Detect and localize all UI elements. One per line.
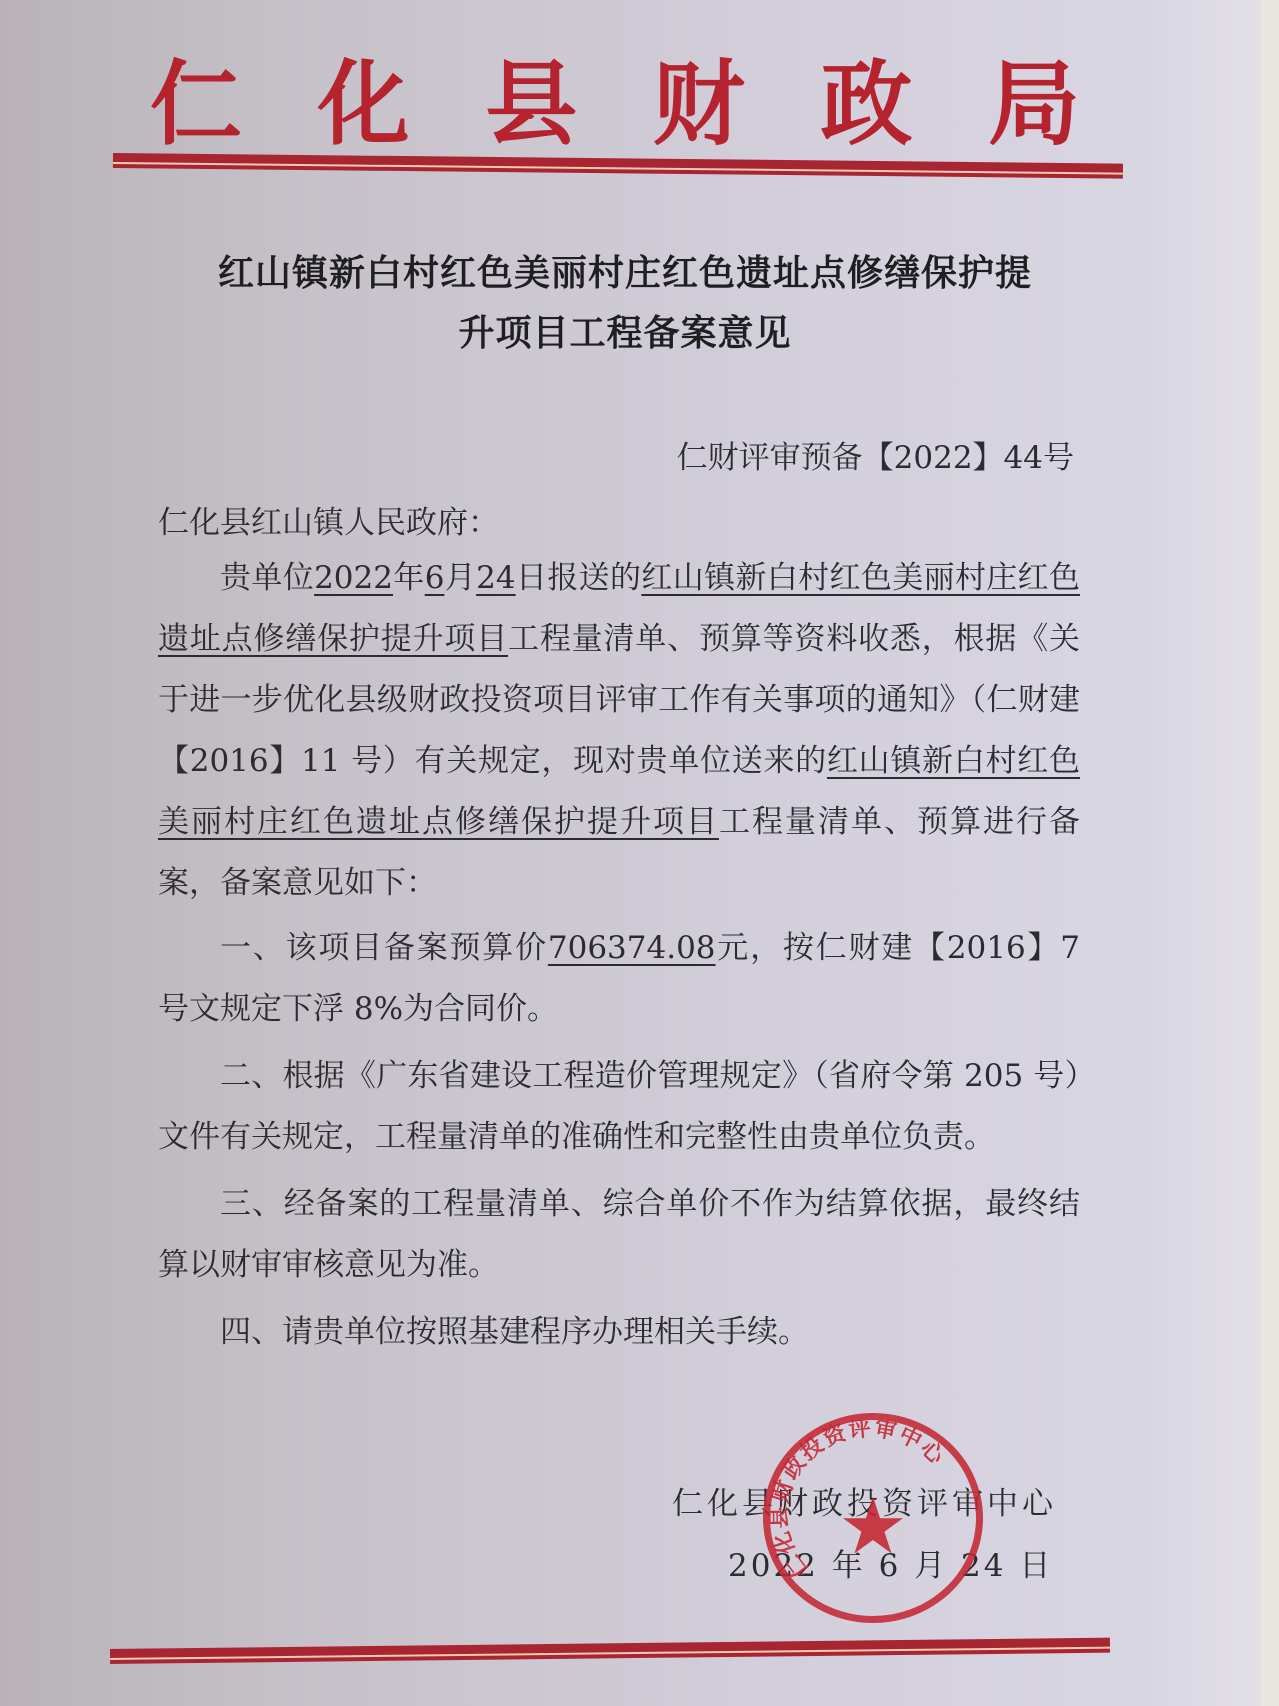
budget-amount: 706374.08 bbox=[548, 930, 716, 966]
document-title-line-1: 红山镇新白村红色美丽村庄红色遗址点修缮保护提 bbox=[150, 245, 1100, 296]
submit-year: 2022 bbox=[314, 560, 393, 596]
submit-day: 24 bbox=[476, 560, 515, 596]
opinion-text: 一、该项目备案预算价 bbox=[220, 930, 548, 966]
signature-org: 仁化县财政投资评审中心 bbox=[672, 1478, 1057, 1523]
red-divider-top bbox=[113, 153, 1123, 175]
red-divider-bottom bbox=[110, 1638, 1110, 1660]
letterhead-char: 仁 bbox=[150, 58, 242, 150]
intro-text: 年 bbox=[393, 560, 425, 596]
letterhead-char: 局 bbox=[988, 58, 1080, 150]
signature-date: 2022 年 6 月 24 日 bbox=[728, 1540, 1053, 1585]
intro-text: 日报送的 bbox=[516, 560, 642, 596]
letterhead-char: 县 bbox=[485, 58, 577, 150]
opinion-item-2: 二、根据《广东省建设工程造价管理规定》（省府令第 205 号）文件有关规定，工程… bbox=[158, 1046, 1080, 1168]
letterhead: 仁 化 县 财 政 局 bbox=[150, 58, 1080, 150]
submit-month: 6 bbox=[425, 560, 445, 596]
letterhead-char: 财 bbox=[653, 58, 745, 150]
letterhead-char: 化 bbox=[318, 58, 410, 150]
addressee: 仁化县红山镇人民政府： bbox=[158, 497, 499, 542]
document-number: 仁财评审预备【2022】44号 bbox=[677, 432, 1074, 477]
letterhead-char: 政 bbox=[820, 58, 912, 150]
intro-paragraph: 贵单位2022年6月24日报送的红山镇新白村红色美丽村庄红色遗址点修缮保护提升项… bbox=[158, 548, 1080, 914]
opinion-item-3: 三、经备案的工程量清单、综合单价不作为结算依据，最终结算以财审审核意见为准。 bbox=[158, 1174, 1080, 1296]
intro-text: 贵单位 bbox=[220, 560, 314, 596]
opinion-item-1: 一、该项目备案预算价706374.08元，按仁财建【2016】7 号文规定下浮 … bbox=[158, 918, 1080, 1040]
document-title-line-2: 升项目工程备案意见 bbox=[150, 305, 1100, 356]
intro-text: 月 bbox=[444, 560, 476, 596]
opinion-item-4: 四、请贵单位按照基建程序办理相关手续。 bbox=[158, 1302, 1080, 1363]
paper-edge bbox=[1261, 0, 1279, 1706]
